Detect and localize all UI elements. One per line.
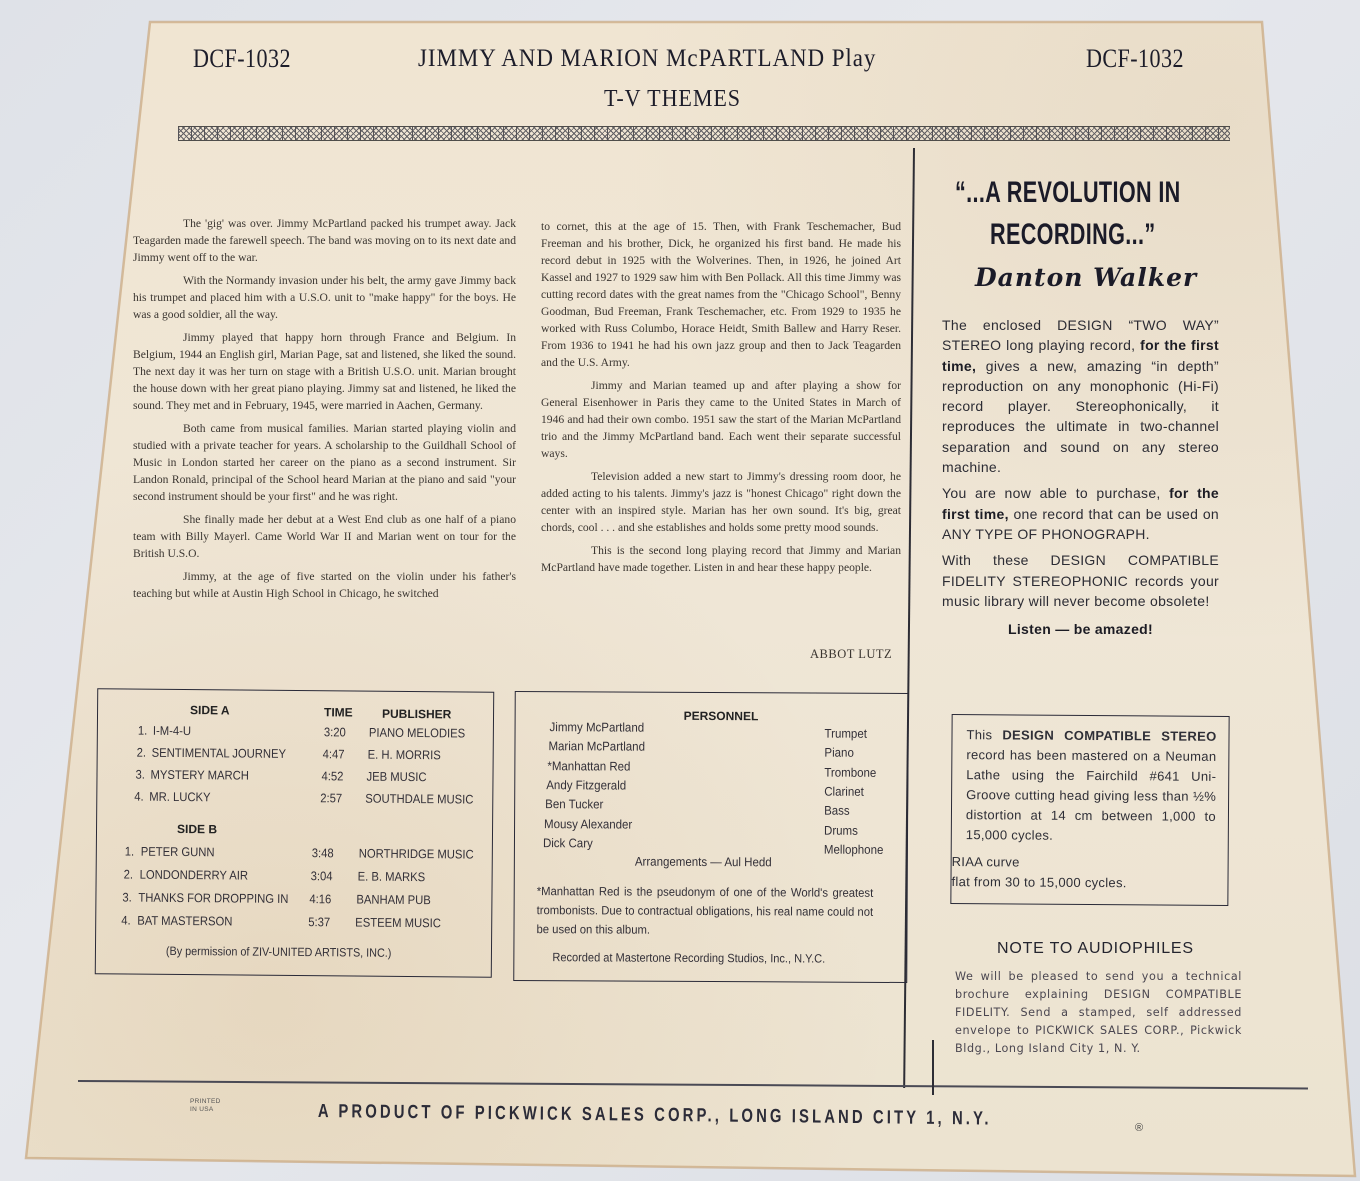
time-column-header: TIME xyxy=(324,705,353,719)
track-number: 3. xyxy=(135,768,145,782)
quote-author: Danton Walker xyxy=(975,263,1197,292)
liner-paragraph: She finally made her debut at a West End… xyxy=(133,511,516,562)
track-time: 3:04 xyxy=(311,869,333,883)
press-quote-line-1: “...A REVOLUTION IN xyxy=(955,176,1181,210)
track-number: 4. xyxy=(134,790,144,804)
track-title: SENTIMENTAL JOURNEY xyxy=(152,746,287,761)
personnel-instrument: Piano xyxy=(824,746,853,760)
press-quote-line-2: RECORDING...” xyxy=(990,218,1155,252)
promo-paragraph-2: You are now able to purchase, for the fi… xyxy=(942,483,1219,544)
personnel-heading: PERSONNEL xyxy=(684,709,759,723)
track-publisher: PIANO MELODIES xyxy=(369,726,465,741)
stereo-promo-text: The enclosed DESIGN “TWO WAY” STEREO lon… xyxy=(942,315,1219,645)
technical-description: This DESIGN COMPATIBLE STEREO record has… xyxy=(966,725,1217,847)
promo-paragraph-3: With these DESIGN COMPATIBLE FIDELITY ST… xyxy=(942,550,1219,611)
liner-notes-column-1: The 'gig' was over. Jimmy McPartland pac… xyxy=(133,215,516,608)
liner-paragraph: Both came from musical families. Marian … xyxy=(133,420,516,505)
catalog-number-left: DCF-1032 xyxy=(193,44,291,74)
track-publisher: E. B. MARKS xyxy=(358,870,426,885)
track-number: 2. xyxy=(124,868,134,882)
frequency-response-line: flat from 30 to 15,000 cycles. xyxy=(951,872,1227,894)
arrangements-credit: Arrangements — Aul Hedd xyxy=(635,855,772,870)
personnel-name: Marian McPartland xyxy=(548,739,645,754)
pseudonym-footnote: *Manhattan Red is the pseudonym of one o… xyxy=(536,882,873,941)
side-a-tracks: 1.I-M-4-U3:20PIANO MELODIES2.SENTIMENTAL… xyxy=(98,689,493,692)
track-publisher: SOUTHDALE MUSIC xyxy=(365,792,473,807)
personnel-instrument: Drums xyxy=(824,823,858,837)
track-title: THANKS FOR DROPPING IN xyxy=(138,891,288,906)
company-credit: A PRODUCT OF PICKWICK SALES CORP., LONG … xyxy=(318,1101,992,1131)
track-title: MYSTERY MARCH xyxy=(150,768,248,783)
personnel-instrument: Clarinet xyxy=(824,784,864,798)
technical-info-box: This DESIGN COMPATIBLE STEREO record has… xyxy=(950,714,1229,906)
liner-paragraph: Television added a new start to Jimmy's … xyxy=(541,468,901,536)
tracklist-box: SIDE A TIME PUBLISHER 1.I-M-4-U3:20PIANO… xyxy=(95,688,494,977)
catalog-number-right: DCF-1032 xyxy=(1086,44,1184,74)
personnel-name: Mousy Alexander xyxy=(544,817,632,831)
riaa-curve-line: RIAA curve xyxy=(952,852,1228,874)
liner-paragraph: Jimmy, at the age of five started on the… xyxy=(133,568,516,602)
track-time: 4:47 xyxy=(323,747,345,761)
track-time: 3:48 xyxy=(312,846,334,860)
liner-paragraph: to cornet, this at the age of 15. Then, … xyxy=(541,218,901,371)
liner-paragraph: This is the second long playing record t… xyxy=(541,542,901,576)
track-title: LONDONDERRY AIR xyxy=(140,868,248,883)
permission-note: (By permission of ZIV-UNITED ARTISTS, IN… xyxy=(166,944,392,960)
liner-paragraph: With the Normandy invasion under his bel… xyxy=(133,272,516,323)
track-number: 3. xyxy=(122,891,132,905)
track-time: 5:37 xyxy=(308,915,330,929)
track-publisher: JEB MUSIC xyxy=(366,770,426,785)
side-a-label: SIDE A xyxy=(190,703,230,717)
side-b-tracks: 1.PETER GUNN3:48NORTHRIDGE MUSIC2.LONDON… xyxy=(98,689,493,692)
track-title: BAT MASTERSON xyxy=(137,914,232,929)
track-publisher: ESTEEM MUSIC xyxy=(355,916,441,931)
liner-paragraph: Jimmy and Marian teamed up and after pla… xyxy=(541,377,901,462)
personnel-list: Jimmy McPartlandTrumpetMarian McPartland… xyxy=(516,692,908,694)
personnel-name: *Manhattan Red xyxy=(547,759,630,773)
registered-mark: ® xyxy=(1135,1122,1143,1134)
track-number: 4. xyxy=(121,913,131,927)
album-title: JIMMY AND MARION McPARTLAND Play xyxy=(418,45,876,73)
personnel-name: Jimmy McPartland xyxy=(550,720,645,734)
personnel-instrument: Bass xyxy=(824,804,850,818)
album-jacket-back: DCF-1032 JIMMY AND MARION McPARTLAND Pla… xyxy=(0,0,1360,1181)
personnel-box: PERSONNEL Jimmy McPartlandTrumpetMarian … xyxy=(513,691,909,983)
personnel-name: Dick Cary xyxy=(543,836,593,850)
track-number: 2. xyxy=(137,746,147,760)
track-publisher: NORTHRIDGE MUSIC xyxy=(359,847,474,862)
audiophiles-heading: NOTE TO AUDIOPHILES xyxy=(997,940,1194,958)
track-title: MR. LUCKY xyxy=(149,790,210,805)
track-time: 4:52 xyxy=(321,769,343,783)
ornamental-border xyxy=(178,126,1230,141)
publisher-column-header: PUBLISHER xyxy=(382,707,451,722)
track-time: 3:20 xyxy=(324,725,346,739)
personnel-instrument: Trombone xyxy=(824,765,876,779)
liner-notes-column-2: to cornet, this at the age of 15. Then, … xyxy=(541,218,901,582)
track-publisher: BANHAM PUB xyxy=(356,893,431,908)
promo-tagline: Listen — be amazed! xyxy=(942,619,1219,639)
personnel-instrument: Mellophone xyxy=(824,842,884,856)
liner-author: ABBOT LUTZ xyxy=(810,647,892,662)
promo-paragraph-1: The enclosed DESIGN “TWO WAY” STEREO lon… xyxy=(942,315,1219,477)
personnel-instrument: Trumpet xyxy=(825,727,867,741)
printed-in-usa: PRINTED IN USA xyxy=(190,1098,221,1114)
track-time: 2:57 xyxy=(320,791,342,805)
track-publisher: E. H. MORRIS xyxy=(368,748,441,763)
track-number: 1. xyxy=(138,724,148,738)
recording-studio-credit: Recorded at Mastertone Recording Studios… xyxy=(552,950,825,965)
liner-paragraph: Jimmy played that happy horn through Fra… xyxy=(133,329,516,414)
footer-rule xyxy=(78,1080,1308,1089)
track-time: 4:16 xyxy=(309,892,331,906)
audiophiles-note: We will be pleased to send you a technic… xyxy=(955,968,1242,1058)
track-number: 1. xyxy=(125,845,135,859)
personnel-name: Ben Tucker xyxy=(545,797,603,811)
track-title: PETER GUNN xyxy=(141,845,215,860)
album-subtitle: T-V THEMES xyxy=(604,86,741,113)
track-title: I-M-4-U xyxy=(153,724,191,738)
personnel-name: Andy Fitzgerald xyxy=(546,778,626,792)
side-b-label: SIDE B xyxy=(177,822,217,836)
liner-paragraph: The 'gig' was over. Jimmy McPartland pac… xyxy=(133,215,516,266)
footer-divider-stub xyxy=(932,1040,934,1095)
